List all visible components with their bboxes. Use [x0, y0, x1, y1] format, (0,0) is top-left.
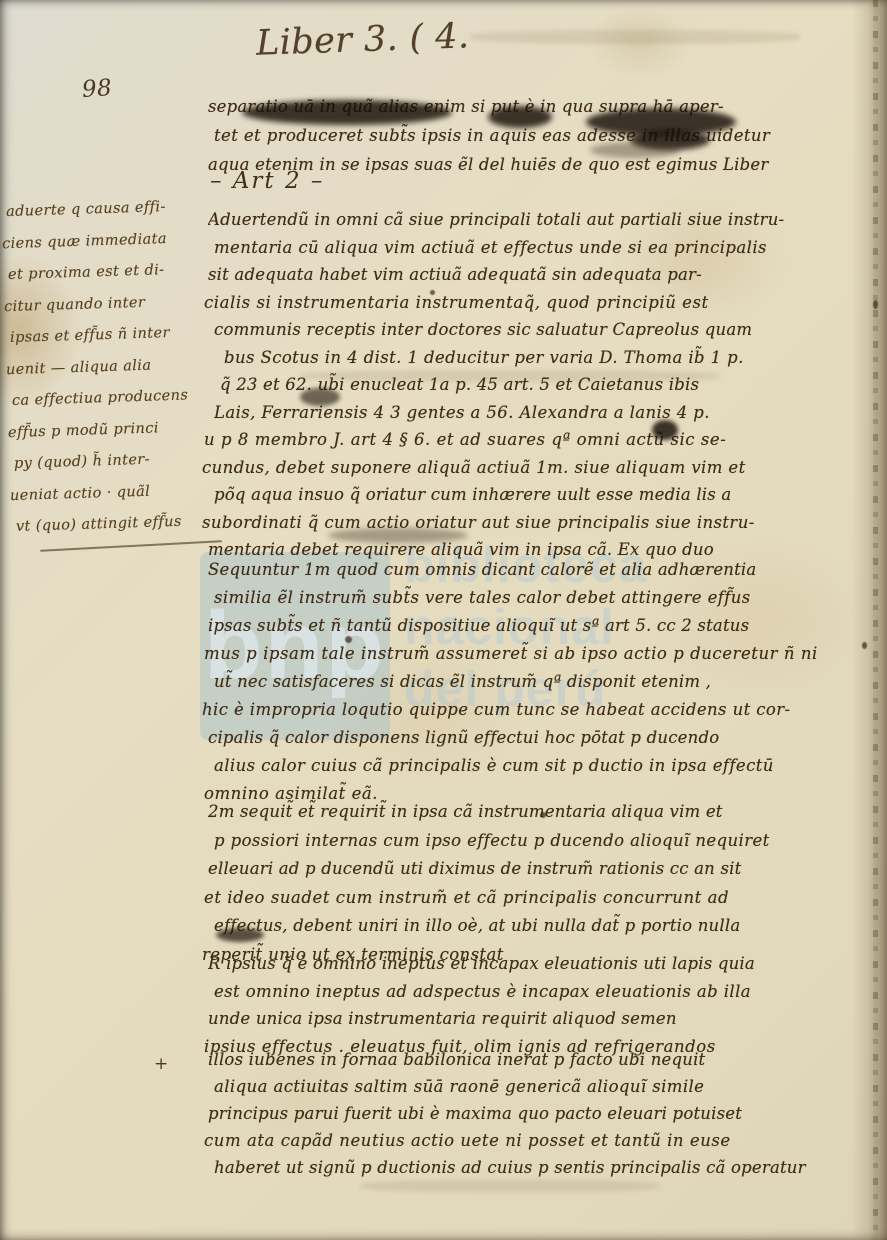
body-line: mus p ipsam tale instrum̃ assumeret̃ si …: [204, 640, 874, 668]
body-line: tet et produceret subt̃s ipsis in aquis …: [214, 121, 874, 150]
body-line: communis receptis inter doctores sic sal…: [214, 316, 874, 344]
body-line: aliqua actiuitas saltim sūā raonē generi…: [214, 1073, 874, 1100]
body-line: hic è impropria loqutio quippe cum tunc …: [202, 696, 874, 724]
body-line: p possiori internas cum ipso effectu p d…: [214, 827, 874, 856]
book-title: Liber 3. ( 4.: [255, 16, 470, 63]
body-line: ipsas subt̃s et ñ tantũ dispositiue al…: [208, 612, 874, 640]
body-line: illos iubenes in fornaa babilonica inera…: [208, 1046, 874, 1073]
ink-speck: [862, 642, 867, 649]
margin-note-line: ca effectiua producens: [12, 380, 208, 418]
body-line: bus Scotus in 4 dist. 1 deducitur per va…: [224, 344, 874, 372]
body-line: similia ẽl instrum̃ subt̃s vere tales c…: [214, 584, 874, 612]
ink-blot: [652, 420, 678, 440]
body-line: mentaria cū aliqua vim actiuã et effect…: [214, 234, 874, 262]
body-paragraph-responsio: R ipsius q̃ è omnino ineptus et incapax …: [202, 950, 874, 1060]
ink-speck: [873, 300, 878, 309]
article-heading: – Art 2 –: [210, 168, 324, 194]
body-line: cialis si instrumentaria instrumentaq̃, …: [204, 289, 874, 317]
margin-note-line: vt (quo) attingit eff̃us: [15, 506, 211, 544]
body-paragraph-final: illos iubenes in fornaa babilonica inera…: [202, 1046, 874, 1181]
ink-speck: [540, 812, 546, 818]
body-line: ut̃ nec satisfaceres si dicas ẽl instru…: [214, 668, 874, 696]
ink-speck: [345, 636, 352, 643]
body-line: cipalis q̃ calor disponens lignũ effect…: [208, 724, 874, 752]
bleedthrough-mark: [470, 30, 800, 44]
body-line: alius calor cuius cã principalis è cum …: [214, 752, 874, 780]
page-number: 98: [81, 75, 113, 103]
body-paragraph-sequitur-2: 2m sequit̃ et̃ requirit̃ in ipsa cã ins…: [202, 798, 874, 969]
body-line: effectus, debent uniri in illo oè, at ub…: [214, 912, 874, 941]
body-line: subordinati q̃ cum actio oriatur aut siu…: [202, 509, 874, 537]
ink-smudge: [328, 528, 468, 543]
ink-blot: [216, 928, 264, 942]
body-line: u p 8 membro J. art 4 § 6. et ad suares …: [204, 426, 874, 454]
body-line: põq aqua insuo q̃ oriatur cum inhærere …: [214, 481, 874, 509]
body-line: haberet ut signũ p ductionis ad cuius p…: [214, 1154, 874, 1181]
body-line: Aduertendũ in omni cã siue principali …: [208, 206, 874, 234]
body-line: principus parui fuerit ubi è maxima quo …: [208, 1100, 874, 1127]
body-line: unde unica ipsa instrumentaria requirit …: [208, 1005, 874, 1033]
body-line: est omnino ineptus ad adspectus è incapa…: [214, 978, 874, 1006]
body-line: sit adequata habet vim actiuã adequatã…: [208, 261, 874, 289]
body-line: elleuari ad p ducendũ uti diximus de in…: [208, 855, 874, 884]
body-line: cum ata capãd neutius actio uete ni pos…: [204, 1127, 874, 1154]
ink-smudge: [590, 142, 680, 158]
body-line: cundus, debet suponere aliquã actiuã 1…: [202, 454, 874, 482]
ink-blot: [488, 106, 552, 128]
ink-blot: [300, 388, 340, 406]
manuscript-scan: { "page": { "header_title": "Liber 3. ( …: [0, 0, 887, 1240]
body-paragraph-2: Aduertendũ in omni cã siue principali …: [202, 206, 874, 564]
ink-speck: [430, 290, 435, 295]
body-paragraph-sequitur-1: Sequuntur 1m quod cum omnis dicant calor…: [202, 556, 874, 808]
body-line: Sequuntur 1m quod cum omnis dicant calor…: [208, 556, 874, 584]
ink-blot: [242, 100, 452, 125]
plus-marker: +: [154, 1054, 169, 1074]
body-line: et ideo suadet cum instrum̃ et cã princ…: [204, 884, 874, 913]
margin-note: aduerte q causa effi-ciens quæ immediata…: [1, 191, 212, 544]
bleedthrough-mark: [360, 1180, 660, 1192]
body-line: R ipsius q̃ è omnino ineptus et incapax …: [208, 950, 874, 978]
